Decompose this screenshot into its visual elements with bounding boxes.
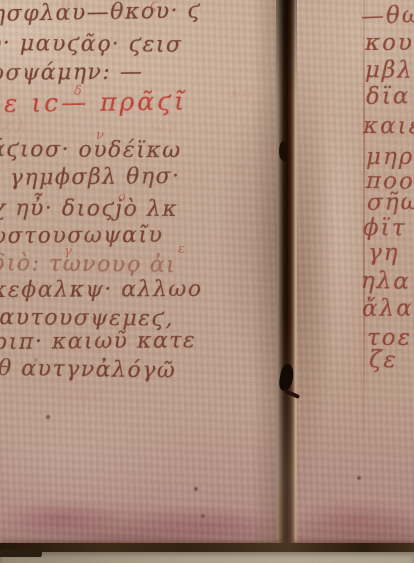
manuscript-text-line: κεϕαλκψ· αλλωο <box>0 277 203 303</box>
table-surface <box>0 552 414 563</box>
manuscript-text-line: γη <box>368 240 400 266</box>
bleedthrough-text: ελ <box>2 114 29 138</box>
manuscript-text-line: υ· μαυϛᾶϙ· ϛεισ <box>0 31 183 58</box>
manuscript-text-line: μηρ <box>366 144 414 170</box>
interlinear-gloss: ε <box>178 242 185 257</box>
interlinear-gloss: δ <box>74 84 82 99</box>
manuscript-text-line: σῆω <box>367 189 414 216</box>
manuscript-text-line: διὸ: τωνουϙ ἀι <box>0 251 176 278</box>
manuscript-text-line: ε γημϕσβλ θησ· <box>0 164 181 191</box>
page-bottom-edge <box>0 543 414 552</box>
manuscript-text-line: ωστουσωψαῖυ <box>0 223 163 249</box>
manuscript-text-line: ωσψάμην: — <box>0 60 143 86</box>
manuscript-text-line: άϛιοσ· ουδέϊκω <box>0 137 182 163</box>
manuscript-text-line: κου <box>365 30 414 56</box>
manuscript-text-line: μβλ <box>365 57 414 84</box>
bleedthrough-text: πτ <box>60 0 83 13</box>
manuscript-text-line: θ αυτγνἀλόγῶ <box>0 356 176 383</box>
manuscript-text-line: δϊα <box>366 83 411 110</box>
page-curve-shadow <box>252 0 277 552</box>
manuscript-text-line: ησφλαυ—θκου· ϛ <box>0 0 202 27</box>
manuscript-text-line: —θω <box>361 2 414 30</box>
manuscript-rubric-line: ε ιϲ— πρᾶϛῖ <box>4 86 187 118</box>
manuscript-text-line: ἄλα <box>362 296 414 322</box>
bleedthrough-text: ϛω <box>150 116 176 135</box>
manuscript-text-line: ηλα <box>361 268 411 295</box>
bleedthrough-text: αψω <box>58 386 103 406</box>
bleedthrough-text: εμ <box>232 298 254 316</box>
manuscript-text-line: χ ηὖ· διοϛϳὸ λκ <box>0 196 178 222</box>
binding-notch <box>278 141 288 162</box>
right-page: —θω κου μβλ δϊα καιε μηρ ποο σῆω ϕϊτ γη … <box>297 0 414 552</box>
binding-knot <box>278 363 295 392</box>
bleedthrough-text: ϛ <box>238 158 248 176</box>
manuscript-text-line: ζε <box>369 347 398 373</box>
interlinear-gloss: ο <box>118 190 126 205</box>
left-page: ησφλαυ—θκου· ϛ υ· μαυϛᾶϙ· ϛεισ ωσψάμην: … <box>0 0 277 552</box>
manuscript-photo: ησφλαυ—θκου· ϛ υ· μαυϛᾶϙ· ϛεισ ωσψάμην: … <box>0 0 414 563</box>
interlinear-gloss: γ <box>64 244 72 259</box>
manuscript-text-line: ϕϊτ <box>363 215 407 241</box>
interlinear-gloss: ϛ <box>150 0 157 13</box>
manuscript-text-line: καιε <box>363 113 414 140</box>
book-gutter <box>276 0 297 552</box>
bleedthrough-text: λη <box>230 84 253 102</box>
page-corner-edge <box>0 549 43 557</box>
manuscript-text-line: οιπ· καιωῦ κατε <box>0 328 196 355</box>
interlinear-gloss: ν <box>96 128 104 143</box>
manuscript-text-line: εαυτουσψεμεϛ, <box>0 305 174 332</box>
